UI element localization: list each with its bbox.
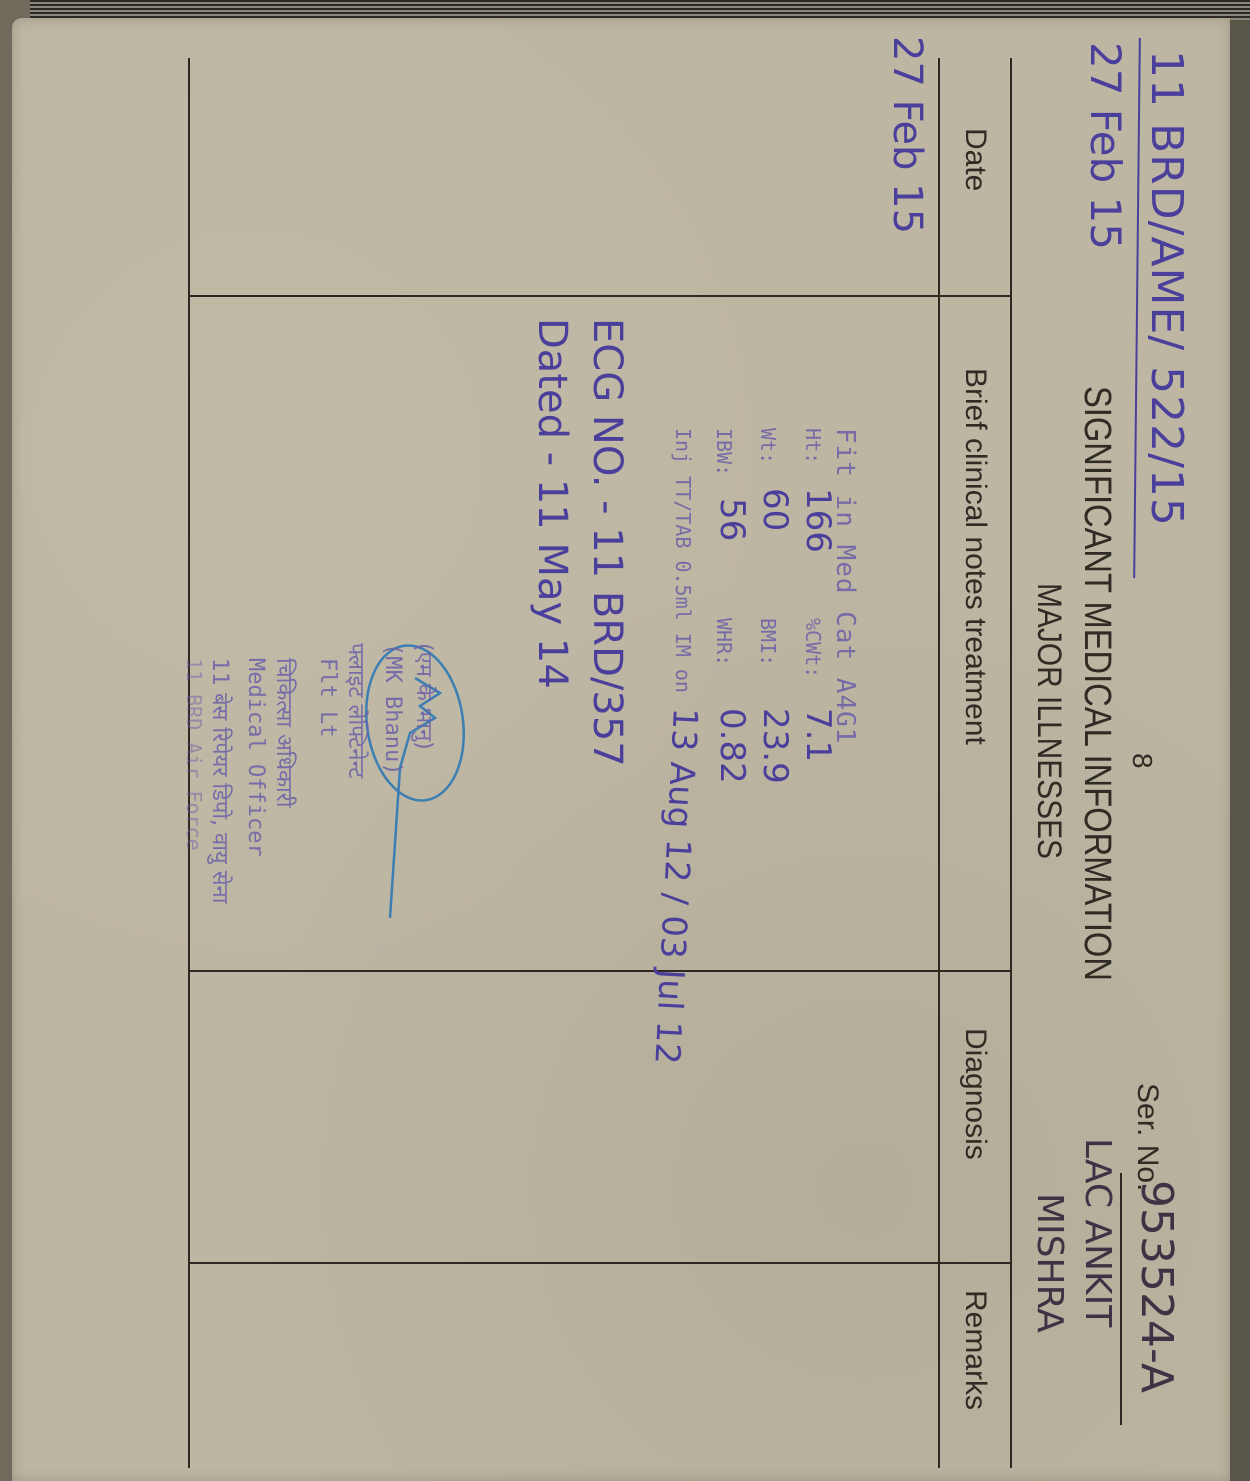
page-title: SIGNIFICANT MEDICAL INFORMATION (1075, 386, 1118, 981)
whr-value: 0.82 (712, 708, 752, 784)
injection-line: Inj TT/TAB 0.5ml IM on (671, 428, 695, 693)
officer-title: Medical Officer (243, 658, 268, 857)
reference-underline (1133, 38, 1141, 578)
height-label: Ht: (801, 428, 825, 464)
header-remarks: Remarks (958, 1290, 992, 1410)
signatory-rank: Flt Lt (315, 658, 340, 737)
medical-record-page: 11 BRD/AME/ 522/15 27 Feb 15 8 SIGNIFICA… (12, 18, 1230, 1481)
header-date: Date (958, 128, 992, 191)
row-date: 27 Feb 15 (884, 36, 930, 234)
fitness-stamp-title: Fit in Med Cat A4G1 (830, 428, 860, 744)
row-diagnosis (200, 978, 930, 1258)
column-divider-date (190, 295, 1012, 297)
column-divider-notes (190, 970, 1012, 972)
ser-no-underline (1120, 1173, 1122, 1425)
cwt-value: 7.1 (798, 708, 838, 762)
header-diagnosis: Diagnosis (958, 1028, 992, 1160)
table-header-bottom-border (938, 58, 940, 1468)
signatory-hindi-name: (एम के भानु) (410, 643, 440, 750)
ecg-number: ECG NO. - 11 BRD/357 (584, 318, 630, 767)
signatory-name: (MK Bhanu) (380, 643, 405, 775)
column-divider-diagnosis (190, 1262, 1012, 1264)
ibw-value: 56 (712, 498, 752, 541)
page-number: 8 (1126, 753, 1158, 769)
unit-hindi: 11 बेस रिपेयर डिपो, वायु सेना (206, 658, 236, 903)
ibw-label: IBW: (712, 428, 736, 476)
bmi-label: BMI: (756, 618, 780, 666)
reference-date: 27 Feb 15 (1081, 42, 1130, 250)
bmi-value: 23.9 (755, 708, 795, 784)
scan-background (1228, 0, 1250, 1481)
row-remarks (200, 1270, 930, 1460)
table-top-border (1010, 58, 1012, 1468)
unit-line: 11 BRD Air Force (182, 658, 206, 851)
weight-value: 60 (755, 488, 795, 531)
height-value: 166 (798, 488, 838, 553)
ser-no-label: Ser. No. (1130, 1083, 1164, 1191)
officer-title-hindi: चिकित्सा अधिकारी (270, 658, 300, 807)
rank-name-line1: LAC ANKIT (1077, 1138, 1118, 1327)
weight-label: Wt: (756, 428, 780, 464)
page-subtitle: MAJOR ILLNESSES (1029, 583, 1068, 859)
signatory-rank-hindi: फ्लाइट लेफ्टिनेन्ट (342, 643, 372, 779)
ecg-dated: Dated - 11 May 14 (529, 318, 575, 689)
whr-label: WHR: (712, 618, 736, 666)
header-brief-notes: Brief clinical notes treatment (958, 368, 992, 745)
reference-number: 11 BRD/AME/ 522/15 (1141, 50, 1192, 527)
rank-name-line2: MISHRA (1029, 1193, 1070, 1333)
cwt-label: %CWt: (801, 618, 825, 678)
page-stack-edges (30, 0, 1250, 20)
ser-no-value: 953524-A (1131, 1180, 1182, 1393)
